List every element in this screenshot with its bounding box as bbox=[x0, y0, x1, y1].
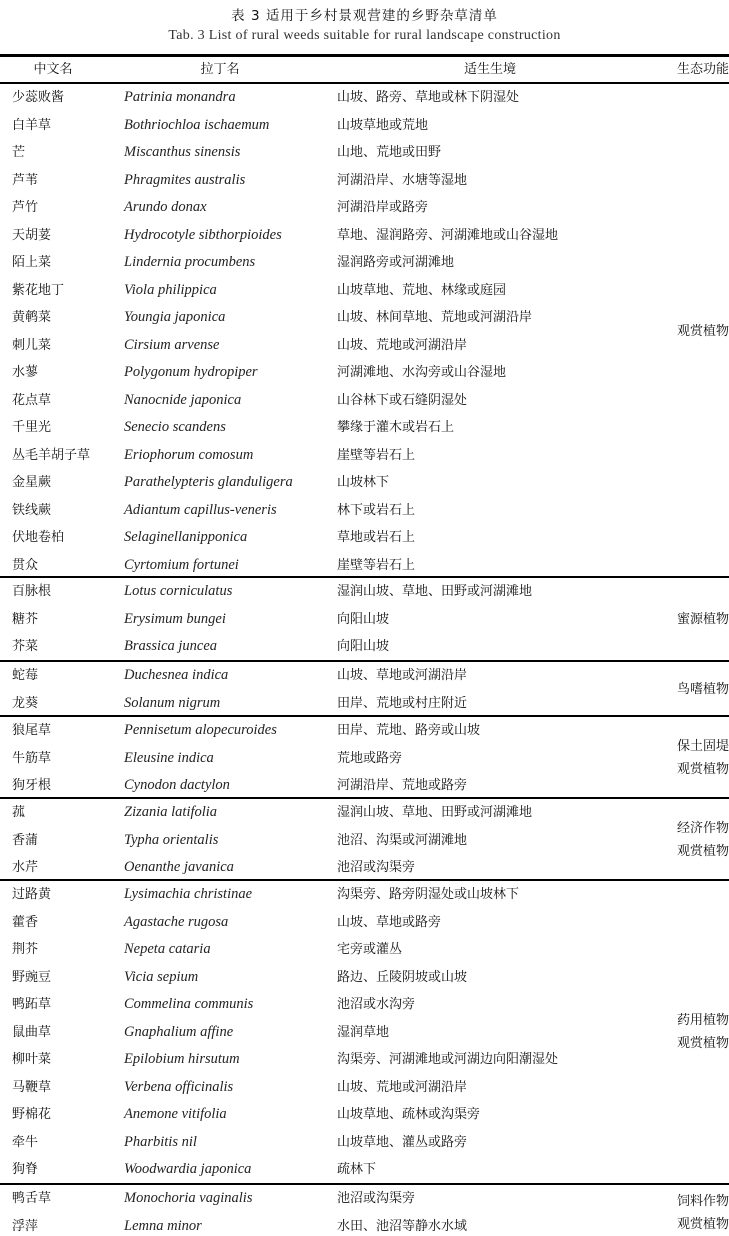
cell-habitat: 山谷林下或石缝阴湿处 bbox=[337, 387, 467, 415]
table-group: 鸭舌草Monochoria vaginalis池沼或沟渠旁浮萍Lemna min… bbox=[0, 1185, 729, 1236]
function-label: 蜜源植物 bbox=[677, 608, 729, 631]
cell-latin-name: Epilobium hirsutum bbox=[124, 1046, 240, 1074]
cell-latin-name: Hydrocotyle sibthorpioides bbox=[124, 222, 282, 250]
table-row: 天胡荽Hydrocotyle sibthorpioides草地、湿润路旁、河湖滩… bbox=[0, 222, 729, 250]
cell-chinese-name: 伏地卷柏 bbox=[12, 524, 64, 552]
cell-chinese-name: 龙葵 bbox=[12, 690, 38, 718]
cell-latin-name: Vicia sepium bbox=[124, 964, 198, 992]
cell-chinese-name: 浮萍 bbox=[12, 1213, 38, 1236]
table-group: 少蕊败酱Patrinia monandra山坡、路旁、草地或林下阴湿处白羊草Bo… bbox=[0, 84, 729, 579]
table-row: 芥菜Brassica juncea向阳山坡 bbox=[0, 633, 729, 661]
cell-ecological-function: 鸟嗜植物 bbox=[659, 662, 729, 717]
cell-latin-name: Brassica juncea bbox=[124, 633, 217, 661]
cell-habitat: 荒地或路旁 bbox=[337, 745, 402, 773]
cell-habitat: 湿润山坡、草地、田野或河湖滩地 bbox=[337, 578, 532, 606]
cell-latin-name: Viola philippica bbox=[124, 277, 217, 305]
cell-chinese-name: 贯众 bbox=[12, 552, 38, 580]
cell-habitat: 山坡草地、灌丛或路旁 bbox=[337, 1129, 467, 1157]
function-label: 观赏植物 bbox=[677, 840, 729, 863]
cell-chinese-name: 香蒲 bbox=[12, 827, 38, 855]
table-row: 糖芥Erysimum bungei向阳山坡 bbox=[0, 606, 729, 634]
cell-habitat: 沟渠旁、路旁阴湿处或山坡林下 bbox=[337, 881, 519, 909]
cell-chinese-name: 鸭跖草 bbox=[12, 991, 51, 1019]
function-label: 观赏植物 bbox=[677, 758, 729, 781]
table-row: 芦竹Arundo donax河湖沿岸或路旁 bbox=[0, 194, 729, 222]
cell-chinese-name: 过路黄 bbox=[12, 881, 51, 909]
cell-habitat: 沟渠旁、河湖滩地或河湖边向阳潮湿处 bbox=[337, 1046, 558, 1074]
cell-chinese-name: 天胡荽 bbox=[12, 222, 51, 250]
cell-habitat: 崖壁等岩石上 bbox=[337, 442, 415, 470]
cell-ecological-function: 保土固堤观赏植物 bbox=[659, 717, 729, 800]
header-function: 生态功能 bbox=[650, 57, 729, 83]
cell-chinese-name: 芥菜 bbox=[12, 633, 38, 661]
cell-habitat: 河湖沿岸、荒地或路旁 bbox=[337, 772, 467, 800]
cell-chinese-name: 紫花地丁 bbox=[12, 277, 64, 305]
cell-habitat: 山坡、草地或河湖沿岸 bbox=[337, 662, 467, 690]
cell-habitat: 崖壁等岩石上 bbox=[337, 552, 415, 580]
cell-habitat: 河湖沿岸或路旁 bbox=[337, 194, 428, 222]
cell-chinese-name: 牵牛 bbox=[12, 1129, 38, 1157]
cell-habitat: 河湖沿岸、水塘等湿地 bbox=[337, 167, 467, 195]
cell-habitat: 湿润草地 bbox=[337, 1019, 389, 1047]
table-row: 野棉花Anemone vitifolia山坡草地、疏林或沟渠旁 bbox=[0, 1101, 729, 1129]
cell-latin-name: Lindernia procumbens bbox=[124, 249, 255, 277]
cell-habitat: 山坡、荒地或河湖沿岸 bbox=[337, 1074, 467, 1102]
cell-chinese-name: 野豌豆 bbox=[12, 964, 51, 992]
cell-habitat: 山坡、林间草地、荒地或河湖沿岸 bbox=[337, 304, 532, 332]
cell-latin-name: Eleusine indica bbox=[124, 745, 214, 773]
cell-habitat: 攀缘于灌木或岩石上 bbox=[337, 414, 454, 442]
cell-latin-name: Cyrtomium fortunei bbox=[124, 552, 239, 580]
cell-habitat: 山坡草地或荒地 bbox=[337, 112, 428, 140]
cell-chinese-name: 陌上菜 bbox=[12, 249, 51, 277]
table-row: 铁线蕨Adiantum capillus-veneris林下或岩石上 bbox=[0, 497, 729, 525]
table-row: 芒Miscanthus sinensis山地、荒地或田野 bbox=[0, 139, 729, 167]
cell-chinese-name: 牛筋草 bbox=[12, 745, 51, 773]
function-label: 保土固堤 bbox=[677, 735, 729, 758]
table-row: 百脉根Lotus corniculatus湿润山坡、草地、田野或河湖滩地 bbox=[0, 578, 729, 606]
cell-latin-name: Zizania latifolia bbox=[124, 799, 217, 827]
table-group: 蛇莓Duchesnea indica山坡、草地或河湖沿岸龙葵Solanum ni… bbox=[0, 662, 729, 717]
cell-latin-name: Oenanthe javanica bbox=[124, 854, 234, 882]
table-group: 菰Zizania latifolia湿润山坡、草地、田野或河湖滩地香蒲Typha… bbox=[0, 799, 729, 882]
cell-habitat: 池沼或水沟旁 bbox=[337, 991, 415, 1019]
table-row: 菰Zizania latifolia湿润山坡、草地、田野或河湖滩地 bbox=[0, 799, 729, 827]
header-latin-name: 拉丁名 bbox=[110, 57, 330, 83]
table-row: 水蓼Polygonum hydropiper河湖滩地、水沟旁或山谷湿地 bbox=[0, 359, 729, 387]
table-row: 黄鹌菜Youngia japonica山坡、林间草地、荒地或河湖沿岸 bbox=[0, 304, 729, 332]
cell-latin-name: Pharbitis nil bbox=[124, 1129, 197, 1157]
table-row: 龙葵Solanum nigrum田岸、荒地或村庄附近 bbox=[0, 690, 729, 718]
cell-habitat: 池沼或沟渠旁 bbox=[337, 854, 415, 882]
cell-chinese-name: 丛毛羊胡子草 bbox=[12, 442, 90, 470]
table-row: 鼠曲草Gnaphalium affine湿润草地 bbox=[0, 1019, 729, 1047]
table-row: 少蕊败酱Patrinia monandra山坡、路旁、草地或林下阴湿处 bbox=[0, 84, 729, 112]
cell-habitat: 池沼或沟渠旁 bbox=[337, 1185, 415, 1213]
table-row: 刺儿菜Cirsium arvense山坡、荒地或河湖沿岸 bbox=[0, 332, 729, 360]
cell-latin-name: Youngia japonica bbox=[124, 304, 225, 332]
table-row: 金星蕨Parathelypteris glanduligera山坡林下 bbox=[0, 469, 729, 497]
cell-chinese-name: 百脉根 bbox=[12, 578, 51, 606]
cell-habitat: 林下或岩石上 bbox=[337, 497, 415, 525]
cell-latin-name: Verbena officinalis bbox=[124, 1074, 233, 1102]
cell-chinese-name: 水芹 bbox=[12, 854, 38, 882]
cell-chinese-name: 铁线蕨 bbox=[12, 497, 51, 525]
cell-ecological-function: 药用植物观赏植物 bbox=[659, 881, 729, 1184]
table-row: 千里光Senecio scandens攀缘于灌木或岩石上 bbox=[0, 414, 729, 442]
cell-chinese-name: 芦苇 bbox=[12, 167, 38, 195]
cell-habitat: 向阳山坡 bbox=[337, 633, 389, 661]
cell-chinese-name: 刺儿菜 bbox=[12, 332, 51, 360]
cell-chinese-name: 马鞭草 bbox=[12, 1074, 51, 1102]
header-habitat: 适生生境 bbox=[330, 57, 650, 83]
table-row: 芦苇Phragmites australis河湖沿岸、水塘等湿地 bbox=[0, 167, 729, 195]
table-row: 过路黄Lysimachia christinae沟渠旁、路旁阴湿处或山坡林下 bbox=[0, 881, 729, 909]
cell-latin-name: Bothriochloa ischaemum bbox=[124, 112, 269, 140]
cell-habitat: 山坡草地、疏林或沟渠旁 bbox=[337, 1101, 480, 1129]
table-row: 丛毛羊胡子草Eriophorum comosum崖壁等岩石上 bbox=[0, 442, 729, 470]
cell-habitat: 山坡、荒地或河湖沿岸 bbox=[337, 332, 467, 360]
cell-chinese-name: 鼠曲草 bbox=[12, 1019, 51, 1047]
cell-habitat: 水田、池沼等静水水域 bbox=[337, 1213, 467, 1236]
cell-chinese-name: 芦竹 bbox=[12, 194, 38, 222]
cell-latin-name: Pennisetum alopecuroides bbox=[124, 717, 277, 745]
cell-habitat: 湿润山坡、草地、田野或河湖滩地 bbox=[337, 799, 532, 827]
cell-habitat: 疏林下 bbox=[337, 1156, 376, 1184]
cell-latin-name: Nanocnide japonica bbox=[124, 387, 241, 415]
cell-habitat: 池沼、沟渠或河湖滩地 bbox=[337, 827, 467, 855]
cell-habitat: 田岸、荒地或村庄附近 bbox=[337, 690, 467, 718]
table-row: 马鞭草Verbena officinalis山坡、荒地或河湖沿岸 bbox=[0, 1074, 729, 1102]
function-label: 观赏植物 bbox=[677, 1032, 729, 1055]
cell-chinese-name: 鸭舌草 bbox=[12, 1185, 51, 1213]
function-label: 观赏植物 bbox=[677, 1213, 729, 1236]
cell-chinese-name: 藿香 bbox=[12, 909, 38, 937]
table-row: 蛇莓Duchesnea indica山坡、草地或河湖沿岸 bbox=[0, 662, 729, 690]
cell-habitat: 山坡林下 bbox=[337, 469, 389, 497]
table-caption-english: Tab. 3 List of rural weeds suitable for … bbox=[0, 28, 729, 44]
cell-chinese-name: 糖芥 bbox=[12, 606, 38, 634]
table-row: 陌上菜Lindernia procumbens湿润路旁或河湖滩地 bbox=[0, 249, 729, 277]
cell-latin-name: Polygonum hydropiper bbox=[124, 359, 258, 387]
table-row: 白羊草Bothriochloa ischaemum山坡草地或荒地 bbox=[0, 112, 729, 140]
cell-latin-name: Parathelypteris glanduligera bbox=[124, 469, 293, 497]
cell-chinese-name: 狗脊 bbox=[12, 1156, 38, 1184]
cell-chinese-name: 蛇莓 bbox=[12, 662, 38, 690]
cell-chinese-name: 花点草 bbox=[12, 387, 51, 415]
table-row: 贯众Cyrtomium fortunei崖壁等岩石上 bbox=[0, 552, 729, 580]
cell-latin-name: Phragmites australis bbox=[124, 167, 245, 195]
cell-chinese-name: 狼尾草 bbox=[12, 717, 51, 745]
table-row: 水芹Oenanthe javanica池沼或沟渠旁 bbox=[0, 854, 729, 882]
function-label: 经济作物 bbox=[677, 817, 729, 840]
cell-latin-name: Cirsium arvense bbox=[124, 332, 219, 360]
cell-chinese-name: 荆芥 bbox=[12, 936, 38, 964]
cell-habitat: 山坡、路旁、草地或林下阴湿处 bbox=[337, 84, 519, 112]
cell-latin-name: Selaginellanipponica bbox=[124, 524, 247, 552]
cell-ecological-function: 蜜源植物 bbox=[659, 578, 729, 661]
table-group: 百脉根Lotus corniculatus湿润山坡、草地、田野或河湖滩地糖芥Er… bbox=[0, 578, 729, 661]
cell-chinese-name: 少蕊败酱 bbox=[12, 84, 64, 112]
table-row: 香蒲Typha orientalis池沼、沟渠或河湖滩地 bbox=[0, 827, 729, 855]
table-caption-chinese: 表 3 适用于乡村景观营建的乡野杂草清单 bbox=[0, 4, 729, 24]
cell-latin-name: Lotus corniculatus bbox=[124, 578, 232, 606]
function-label: 观赏植物 bbox=[677, 320, 729, 343]
cell-latin-name: Senecio scandens bbox=[124, 414, 226, 442]
cell-habitat: 山坡草地、荒地、林缘或庭园 bbox=[337, 277, 506, 305]
cell-latin-name: Solanum nigrum bbox=[124, 690, 220, 718]
cell-latin-name: Duchesnea indica bbox=[124, 662, 228, 690]
table-row: 鸭跖草Commelina communis池沼或水沟旁 bbox=[0, 991, 729, 1019]
table-group: 过路黄Lysimachia christinae沟渠旁、路旁阴湿处或山坡林下藿香… bbox=[0, 881, 729, 1184]
cell-chinese-name: 狗牙根 bbox=[12, 772, 51, 800]
cell-habitat: 草地或岩石上 bbox=[337, 524, 415, 552]
table-row: 紫花地丁Viola philippica山坡草地、荒地、林缘或庭园 bbox=[0, 277, 729, 305]
cell-latin-name: Arundo donax bbox=[124, 194, 207, 222]
cell-ecological-function: 经济作物观赏植物 bbox=[659, 799, 729, 882]
cell-latin-name: Erysimum bungei bbox=[124, 606, 226, 634]
table-row: 牵牛Pharbitis nil山坡草地、灌丛或路旁 bbox=[0, 1129, 729, 1157]
table-row: 浮萍Lemna minor水田、池沼等静水水域 bbox=[0, 1213, 729, 1236]
table-row: 狗脊Woodwardia japonica疏林下 bbox=[0, 1156, 729, 1184]
cell-chinese-name: 金星蕨 bbox=[12, 469, 51, 497]
cell-latin-name: Lysimachia christinae bbox=[124, 881, 252, 909]
cell-latin-name: Adiantum capillus-veneris bbox=[124, 497, 277, 525]
table-row: 鸭舌草Monochoria vaginalis池沼或沟渠旁 bbox=[0, 1185, 729, 1213]
cell-chinese-name: 芒 bbox=[12, 139, 25, 167]
cell-habitat: 河湖滩地、水沟旁或山谷湿地 bbox=[337, 359, 506, 387]
cell-habitat: 山地、荒地或田野 bbox=[337, 139, 441, 167]
table-row: 狗牙根Cynodon dactylon河湖沿岸、荒地或路旁 bbox=[0, 772, 729, 800]
cell-latin-name: Anemone vitifolia bbox=[124, 1101, 227, 1129]
function-label: 鸟嗜植物 bbox=[677, 678, 729, 701]
cell-latin-name: Monochoria vaginalis bbox=[124, 1185, 252, 1213]
cell-chinese-name: 千里光 bbox=[12, 414, 51, 442]
cell-habitat: 向阳山坡 bbox=[337, 606, 389, 634]
table-row: 花点草Nanocnide japonica山谷林下或石缝阴湿处 bbox=[0, 387, 729, 415]
table-row: 狼尾草Pennisetum alopecuroides田岸、荒地、路旁或山坡 bbox=[0, 717, 729, 745]
table-row: 藿香Agastache rugosa山坡、草地或路旁 bbox=[0, 909, 729, 937]
cell-chinese-name: 黄鹌菜 bbox=[12, 304, 51, 332]
cell-habitat: 山坡、草地或路旁 bbox=[337, 909, 441, 937]
cell-chinese-name: 野棉花 bbox=[12, 1101, 51, 1129]
cell-habitat: 湿润路旁或河湖滩地 bbox=[337, 249, 454, 277]
cell-latin-name: Eriophorum comosum bbox=[124, 442, 253, 470]
table-row: 伏地卷柏Selaginellanipponica草地或岩石上 bbox=[0, 524, 729, 552]
cell-latin-name: Agastache rugosa bbox=[124, 909, 228, 937]
cell-ecological-function: 观赏植物 bbox=[659, 84, 729, 579]
table-row: 柳叶菜Epilobium hirsutum沟渠旁、河湖滩地或河湖边向阳潮湿处 bbox=[0, 1046, 729, 1074]
table-row: 荆芥Nepeta cataria宅旁或灌丛 bbox=[0, 936, 729, 964]
cell-habitat: 草地、湿润路旁、河湖滩地或山谷湿地 bbox=[337, 222, 558, 250]
cell-latin-name: Woodwardia japonica bbox=[124, 1156, 251, 1184]
cell-habitat: 田岸、荒地、路旁或山坡 bbox=[337, 717, 480, 745]
cell-latin-name: Gnaphalium affine bbox=[124, 1019, 233, 1047]
table-row: 牛筋草Eleusine indica荒地或路旁 bbox=[0, 745, 729, 773]
cell-latin-name: Commelina communis bbox=[124, 991, 253, 1019]
cell-latin-name: Lemna minor bbox=[124, 1213, 202, 1236]
cell-ecological-function: 饲料作物观赏植物 bbox=[659, 1185, 729, 1236]
table-row: 野豌豆Vicia sepium路边、丘陵阴坡或山坡 bbox=[0, 964, 729, 992]
cell-latin-name: Patrinia monandra bbox=[124, 84, 236, 112]
cell-latin-name: Cynodon dactylon bbox=[124, 772, 230, 800]
cell-latin-name: Miscanthus sinensis bbox=[124, 139, 240, 167]
function-label: 饲料作物 bbox=[677, 1190, 729, 1213]
cell-latin-name: Typha orientalis bbox=[124, 827, 218, 855]
function-label: 药用植物 bbox=[677, 1009, 729, 1032]
cell-chinese-name: 水蓼 bbox=[12, 359, 38, 387]
header-chinese-name: 中文名 bbox=[0, 57, 106, 83]
cell-habitat: 宅旁或灌丛 bbox=[337, 936, 402, 964]
cell-chinese-name: 菰 bbox=[12, 799, 25, 827]
cell-latin-name: Nepeta cataria bbox=[124, 936, 211, 964]
cell-habitat: 路边、丘陵阴坡或山坡 bbox=[337, 964, 467, 992]
table-group: 狼尾草Pennisetum alopecuroides田岸、荒地、路旁或山坡牛筋… bbox=[0, 717, 729, 800]
cell-chinese-name: 柳叶菜 bbox=[12, 1046, 51, 1074]
cell-chinese-name: 白羊草 bbox=[12, 112, 51, 140]
